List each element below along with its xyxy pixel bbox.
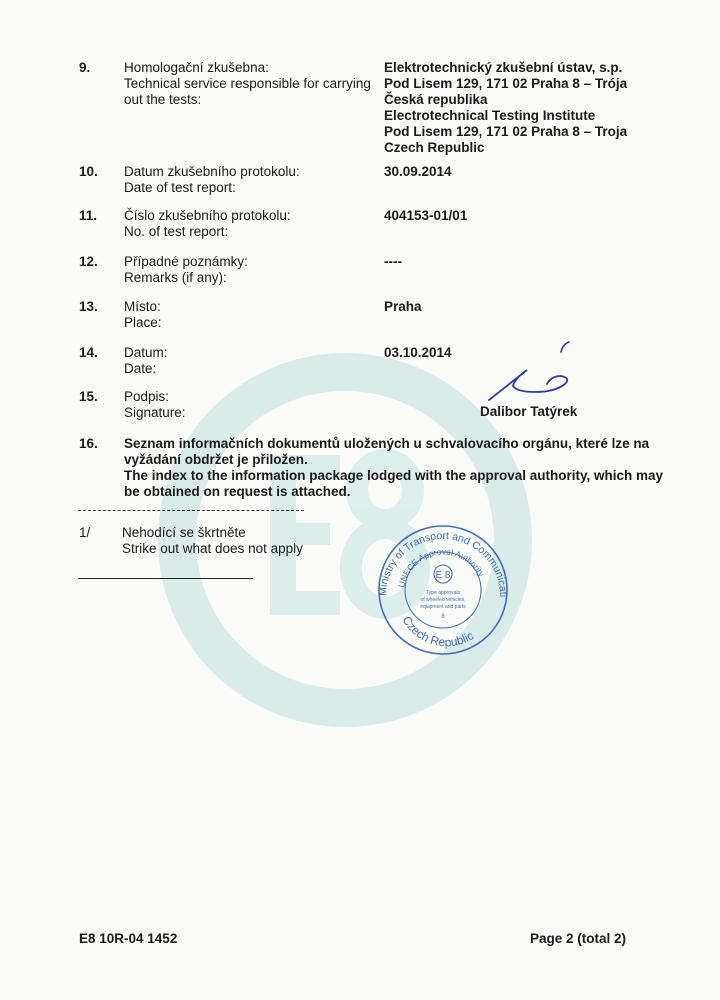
document-reference: E8 10R-04 1452: [79, 931, 177, 946]
item-number: 9.: [79, 60, 90, 76]
item-label: Datum: Date:: [124, 345, 374, 377]
item-label: Datum zkušebního protokolu: Date of test…: [124, 164, 374, 196]
item-value: 404153-01/01: [384, 208, 684, 224]
stamp-country-text: Czech Republic: [399, 613, 476, 649]
item-label: Číslo zkušebního protokolu: No. of test …: [124, 208, 374, 240]
stamp-emblem: E 8: [435, 570, 450, 581]
item-value: 30.09.2014: [384, 164, 684, 180]
svg-text:Ministry of Transport and Comm: Ministry of Transport and Communications: [368, 518, 509, 597]
item-label: Případné poznámky: Remarks (if any):: [124, 254, 374, 286]
item-number: 10.: [79, 164, 98, 180]
svg-text:equipment and parts: equipment and parts: [420, 604, 466, 610]
svg-text:8: 8: [441, 614, 445, 620]
footnote-marker: 1/: [79, 525, 90, 540]
item-number: 16.: [79, 436, 98, 451]
dashed-divider: [78, 510, 304, 511]
item-number: 12.: [79, 254, 98, 270]
item-label: Místo: Place:: [124, 299, 374, 331]
item-16-text: Seznam informačních dokumentů uložených …: [124, 436, 684, 500]
item-value: Elektrotechnický zkušební ústav, s.p. Po…: [384, 60, 684, 156]
item-value: Praha: [384, 299, 684, 315]
item-number: 11.: [79, 208, 97, 224]
item-number: 15.: [79, 389, 98, 405]
item-number: 14.: [79, 345, 98, 361]
item-label: Homologační zkušebna: Technical service …: [124, 60, 374, 108]
item-label: Podpis: Signature:: [124, 389, 374, 421]
stamp-outer-text: Ministry of Transport and Communications: [368, 518, 509, 597]
handwritten-signature: [485, 340, 595, 410]
svg-text:Czech Republic: Czech Republic: [399, 613, 476, 649]
svg-text:of wheeled vehicles,: of wheeled vehicles,: [420, 597, 465, 603]
signer-name: Dalibor Tatýrek: [480, 404, 577, 419]
footnote-text: Nehodící se škrtněte Strike out what doe…: [122, 525, 303, 557]
item-number: 13.: [79, 299, 98, 315]
page-number: Page 2 (total 2): [530, 931, 626, 946]
svg-text:Type approvals: Type approvals: [426, 590, 460, 596]
solid-divider: [78, 578, 253, 579]
official-stamp: Ministry of Transport and Communications…: [368, 518, 518, 658]
item-value: ----: [384, 254, 684, 270]
